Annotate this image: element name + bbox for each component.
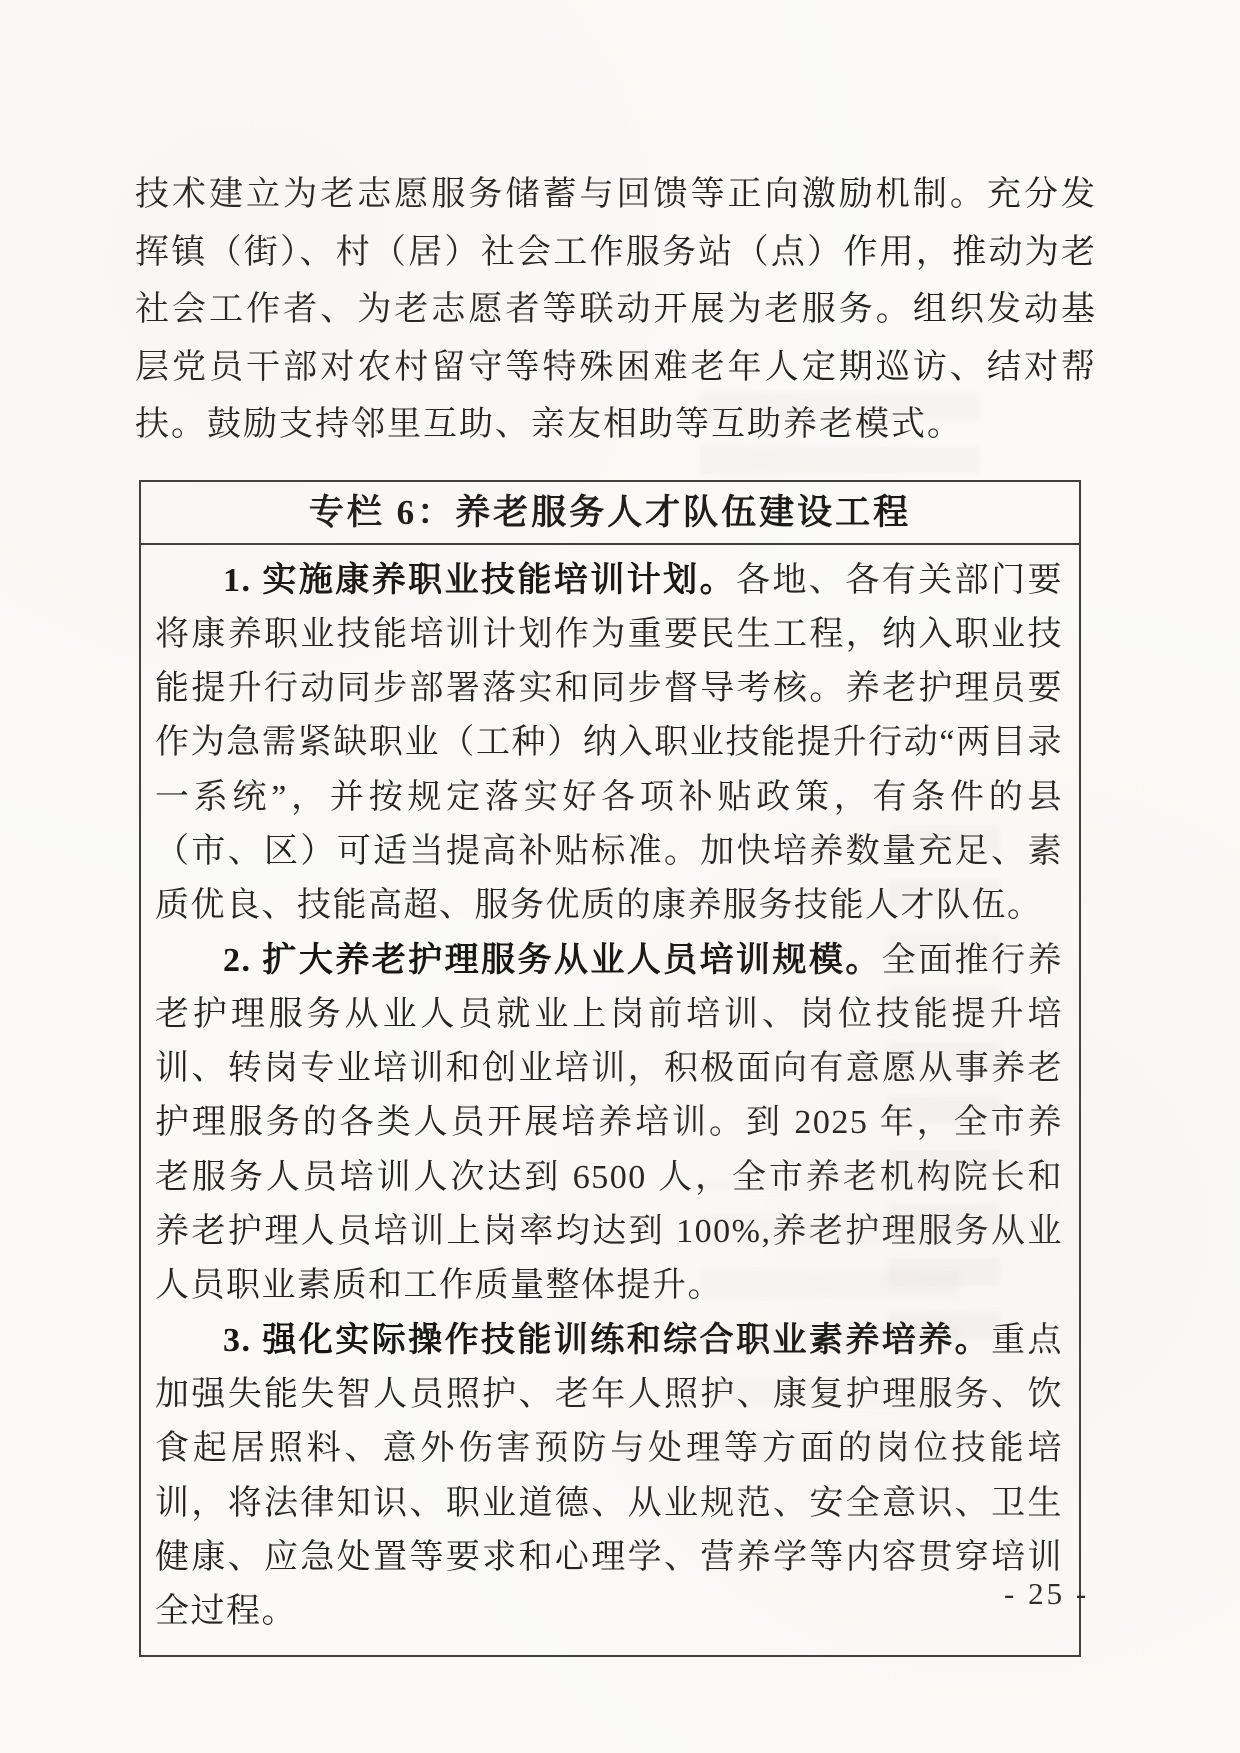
panel-item-3-body: 重点加强失能失智人员照护、老年人照护、康复护理服务、饮食起居照料、意外伤害预防与… (155, 1322, 1063, 1630)
intro-paragraph: 技术建立为老志愿服务储蓄与回馈等正向激励机制。充分发挥镇（街）、村（居）社会工作… (135, 166, 1097, 454)
panel-item-2: 2. 扩大养老护理服务从业人员培训规模。全面推行养老护理服务从业人员就业上岗前培… (155, 934, 1063, 1314)
panel-item-1-body: 各地、各有关部门要将康养职业技能培训计划作为重要民生工程，纳入职业技能提升行动同… (155, 562, 1063, 925)
document-page: 技术建立为老志愿服务储蓄与回馈等正向激励机制。充分发挥镇（街）、村（居）社会工作… (0, 0, 1240, 1753)
page-number: - 25 - (1004, 1576, 1089, 1612)
panel-item-2-body: 全面推行养老护理服务从业人员就业上岗前培训、岗位技能提升培训、转岗专业培训和创业… (155, 942, 1063, 1305)
panel-item-1: 1. 实施康养职业技能培训计划。各地、各有关部门要将康养职业技能培训计划作为重要… (155, 554, 1063, 934)
panel-column-6: 专栏 6：养老服务人才队伍建设工程 1. 实施康养职业技能培训计划。各地、各有关… (139, 480, 1081, 1658)
panel-item-3-heading: 3. 强化实际操作技能训练和综合职业素养培养。 (223, 1322, 991, 1359)
panel-item-1-heading: 1. 实施康养职业技能培训计划。 (223, 562, 736, 599)
panel-title: 专栏 6：养老服务人才队伍建设工程 (141, 482, 1079, 545)
panel-body: 1. 实施康养职业技能培训计划。各地、各有关部门要将康养职业技能培训计划作为重要… (141, 545, 1079, 1656)
panel-item-3: 3. 强化实际操作技能训练和综合职业素养培养。重点加强失能失智人员照护、老年人照… (155, 1314, 1063, 1640)
panel-item-2-heading: 2. 扩大养老护理服务从业人员培训规模。 (223, 942, 882, 979)
